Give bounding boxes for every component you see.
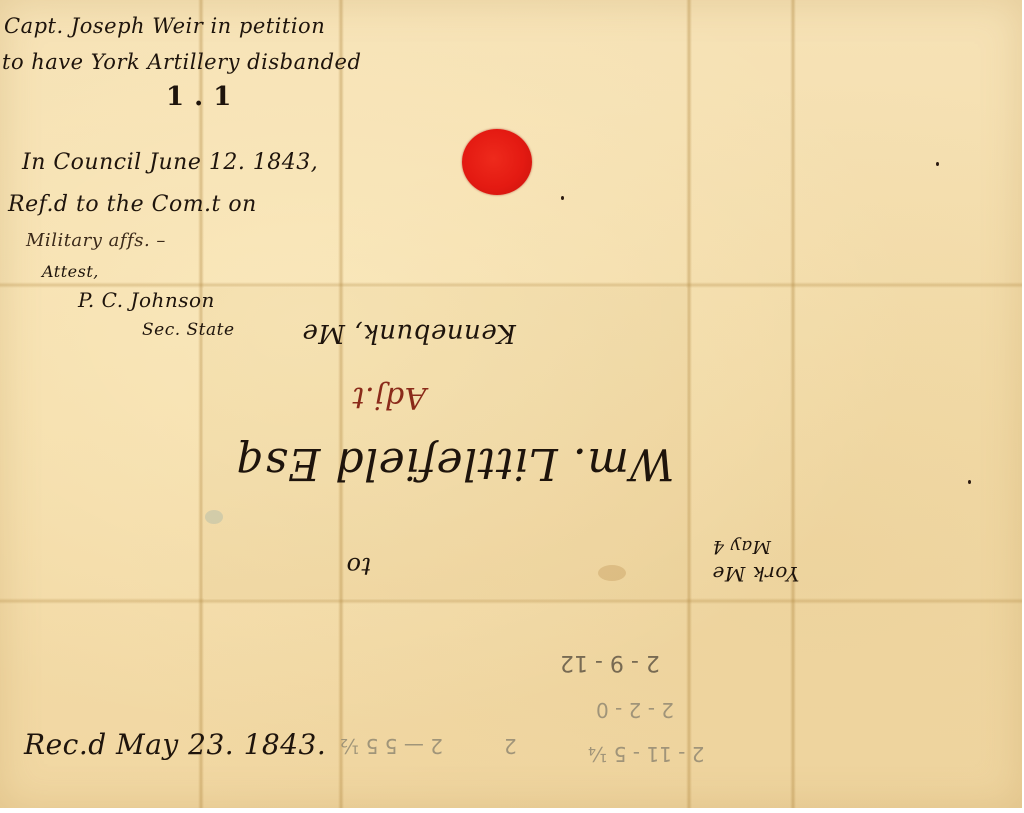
pencil-note-row-2: 2 - 2 - 0 — [596, 698, 674, 722]
signer-name: P. C. Johnson — [78, 288, 215, 312]
ink-speck — [561, 196, 564, 200]
fold-line-vertical-3 — [686, 0, 692, 808]
wax-seal — [462, 129, 532, 195]
referred-line: Ref.d to the Com.t on — [8, 192, 257, 217]
document-sheet: Capt. Joseph Weir in petition to have Yo… — [0, 0, 1022, 808]
address-to: to — [346, 552, 371, 580]
pencil-note-bottom-mid: 2 — [504, 734, 517, 758]
pencil-note-row-3: 2 - 11 - 5 ¼ — [588, 742, 705, 766]
docket-line-1: Capt. Joseph Weir in petition — [4, 14, 325, 38]
ink-speck — [968, 480, 971, 484]
signer-title: Sec. State — [142, 320, 235, 340]
pencil-note-row-1: 2 - 9 - 12 — [560, 650, 660, 675]
recipient-name: Wm. Littlefield Esq — [236, 438, 675, 489]
attest-label: Attest, — [42, 262, 99, 281]
stain — [598, 565, 626, 581]
fold-line-horizontal-2 — [0, 598, 1022, 604]
postmark-date: May 4 — [712, 536, 771, 557]
recipient-title: Adj.t — [352, 380, 426, 415]
committee-line: Military affs. – — [26, 230, 166, 251]
received-date: Rec.d May 23. 1843. — [24, 728, 326, 761]
docket-line-2: to have York Artillery disbanded — [2, 50, 361, 74]
postmark-town: York Me — [712, 562, 799, 586]
fold-line-vertical-4 — [790, 0, 796, 808]
stain — [205, 510, 223, 524]
destination-line: Kennebunk, Me — [302, 318, 516, 348]
council-date-line: In Council June 12. 1843, — [22, 150, 318, 175]
ink-speck — [936, 162, 939, 166]
pencil-note-bottom-left: 2 — 5 5 ½ — [340, 734, 443, 758]
docket-reference: 1 . 1 — [166, 82, 232, 112]
